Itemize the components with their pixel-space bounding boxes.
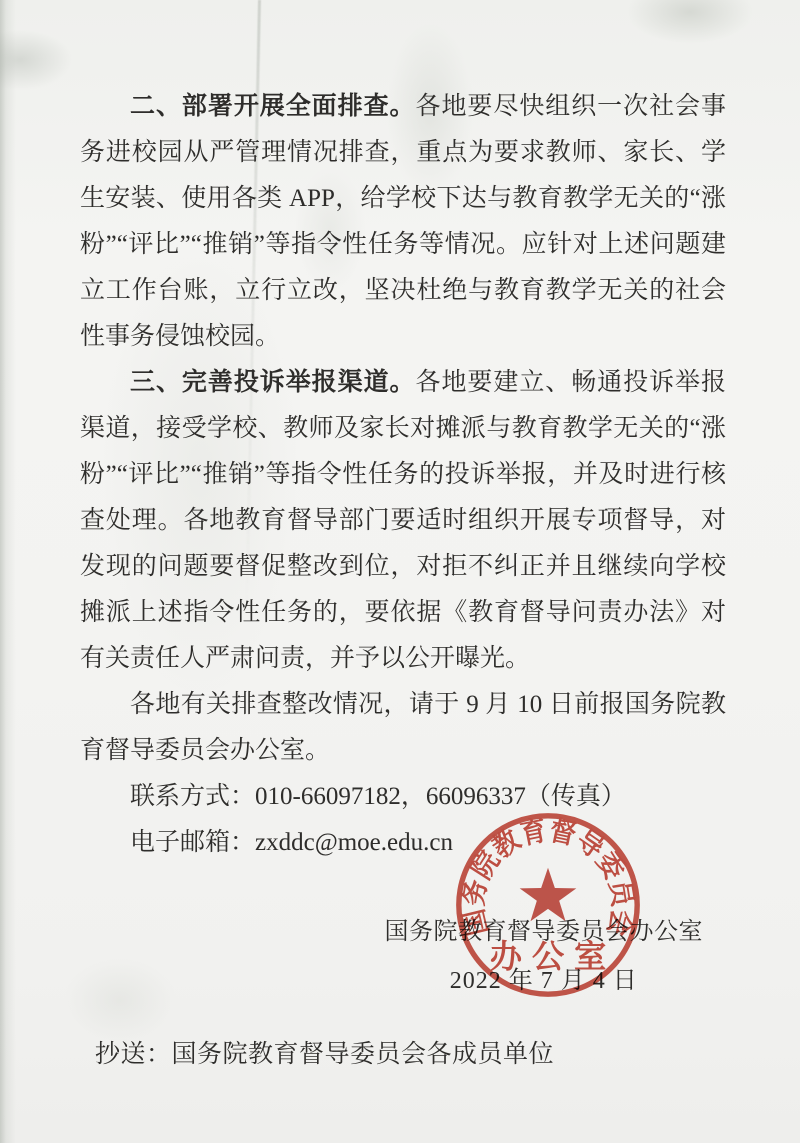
contact-phone-line: 联系方式：010-66097182，66096337（传真）	[80, 774, 726, 820]
document-page: 二、部署开展全面排查。各地要尽快组织一次社会事务进校园从严管理情况排查，重点为要…	[0, 0, 800, 1143]
signature-date: 2022 年 7 月 4 日	[385, 957, 704, 1006]
signature-block: 国务院教育督导委员会办公室 2022 年 7 月 4 日	[385, 908, 704, 1006]
section-2-heading: 二、部署开展全面排查。	[130, 93, 416, 120]
section-3-heading: 三、完善投诉举报渠道。	[130, 369, 416, 396]
signature-org: 国务院教育督导委员会办公室	[385, 908, 704, 957]
contact-email-line: 电子邮箱：zxddc@moe.edu.cn	[80, 820, 726, 866]
paragraph-section-2: 二、部署开展全面排查。各地要尽快组织一次社会事务进校园从严管理情况排查，重点为要…	[80, 84, 726, 360]
paragraph-section-3: 三、完善投诉举报渠道。各地要建立、畅通投诉举报渠道，接受学校、教师及家长对摊派与…	[80, 360, 726, 682]
section-2-text: 各地要尽快组织一次社会事务进校园从严管理情况排查，重点为要求教师、家长、学生安装…	[80, 93, 726, 350]
document-body: 二、部署开展全面排查。各地要尽快组织一次社会事务进校园从严管理情况排查，重点为要…	[80, 84, 726, 866]
cc-line: 抄送：国务院教育督导委员会各成员单位	[95, 1040, 554, 1070]
paragraph-report-deadline: 各地有关排查整改情况，请于 9 月 10 日前报国务院教育督导委员会办公室。	[80, 682, 726, 774]
section-3-text: 各地要建立、畅通投诉举报渠道，接受学校、教师及家长对摊派与教育教学无关的“涨粉”…	[80, 369, 726, 672]
